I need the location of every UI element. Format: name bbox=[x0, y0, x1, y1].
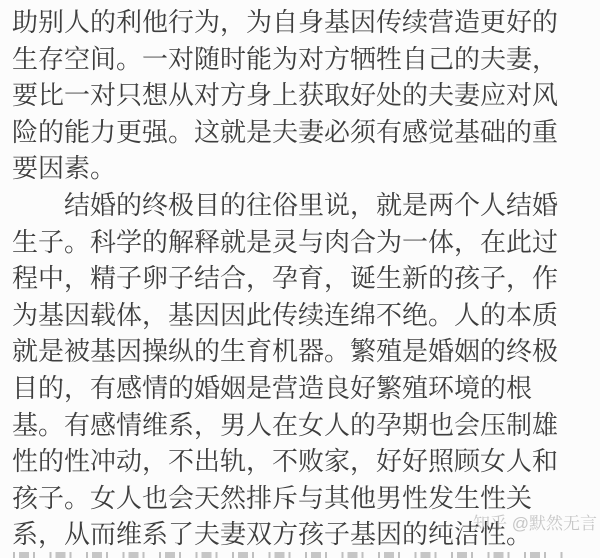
text-line: 助别人的利他行为，为自身基因传续营造更好的 bbox=[12, 4, 592, 41]
text-line: 性的性冲动，不出轨，不败家，好好照顾女人和 bbox=[12, 443, 592, 480]
article-text-block: 助别人的利他行为，为自身基因传续营造更好的生存空间。一对随时能为对方牺牲自己的夫… bbox=[12, 4, 592, 553]
text-line: 程中，精子卵子结合，孕育，诞生新的孩子，作 bbox=[12, 260, 592, 297]
text-line: 目的，有感情的婚姻是营造良好繁殖环境的根 bbox=[12, 370, 592, 407]
text-line: 系，从而维系了夫妻双方孩子基因的纯洁性。 bbox=[12, 516, 592, 553]
clipped-text-line bbox=[13, 552, 565, 558]
text-line: 结婚的终极目的往俗里说，就是两个人结婚 bbox=[12, 187, 592, 224]
text-line: 就是被基因操纵的生育机器。繁殖是婚姻的终极 bbox=[12, 333, 592, 370]
text-line: 生子。科学的解释就是灵与肉合为一体，在此过 bbox=[12, 224, 592, 261]
text-line: 要因素。 bbox=[12, 150, 592, 187]
article-page: 知乎 @默然无言 助别人的利他行为，为自身基因传续营造更好的生存空间。一对随时能… bbox=[0, 0, 600, 558]
text-line: 生存空间。一对随时能为对方牺牲自己的夫妻， bbox=[12, 41, 592, 78]
text-line: 孩子。女人也会天然排斥与其他男性发生性关 bbox=[12, 480, 592, 517]
text-line: 要比一对只想从对方身上获取好处的夫妻应对风 bbox=[12, 77, 592, 114]
text-line: 基。有感情维系，男人在女人的孕期也会压制雄 bbox=[12, 407, 592, 444]
text-line: 险的能力更强。这就是夫妻必须有感觉基础的重 bbox=[12, 114, 592, 151]
text-line: 为基因载体，基因因此传续连绵不绝。人的本质 bbox=[12, 297, 592, 334]
